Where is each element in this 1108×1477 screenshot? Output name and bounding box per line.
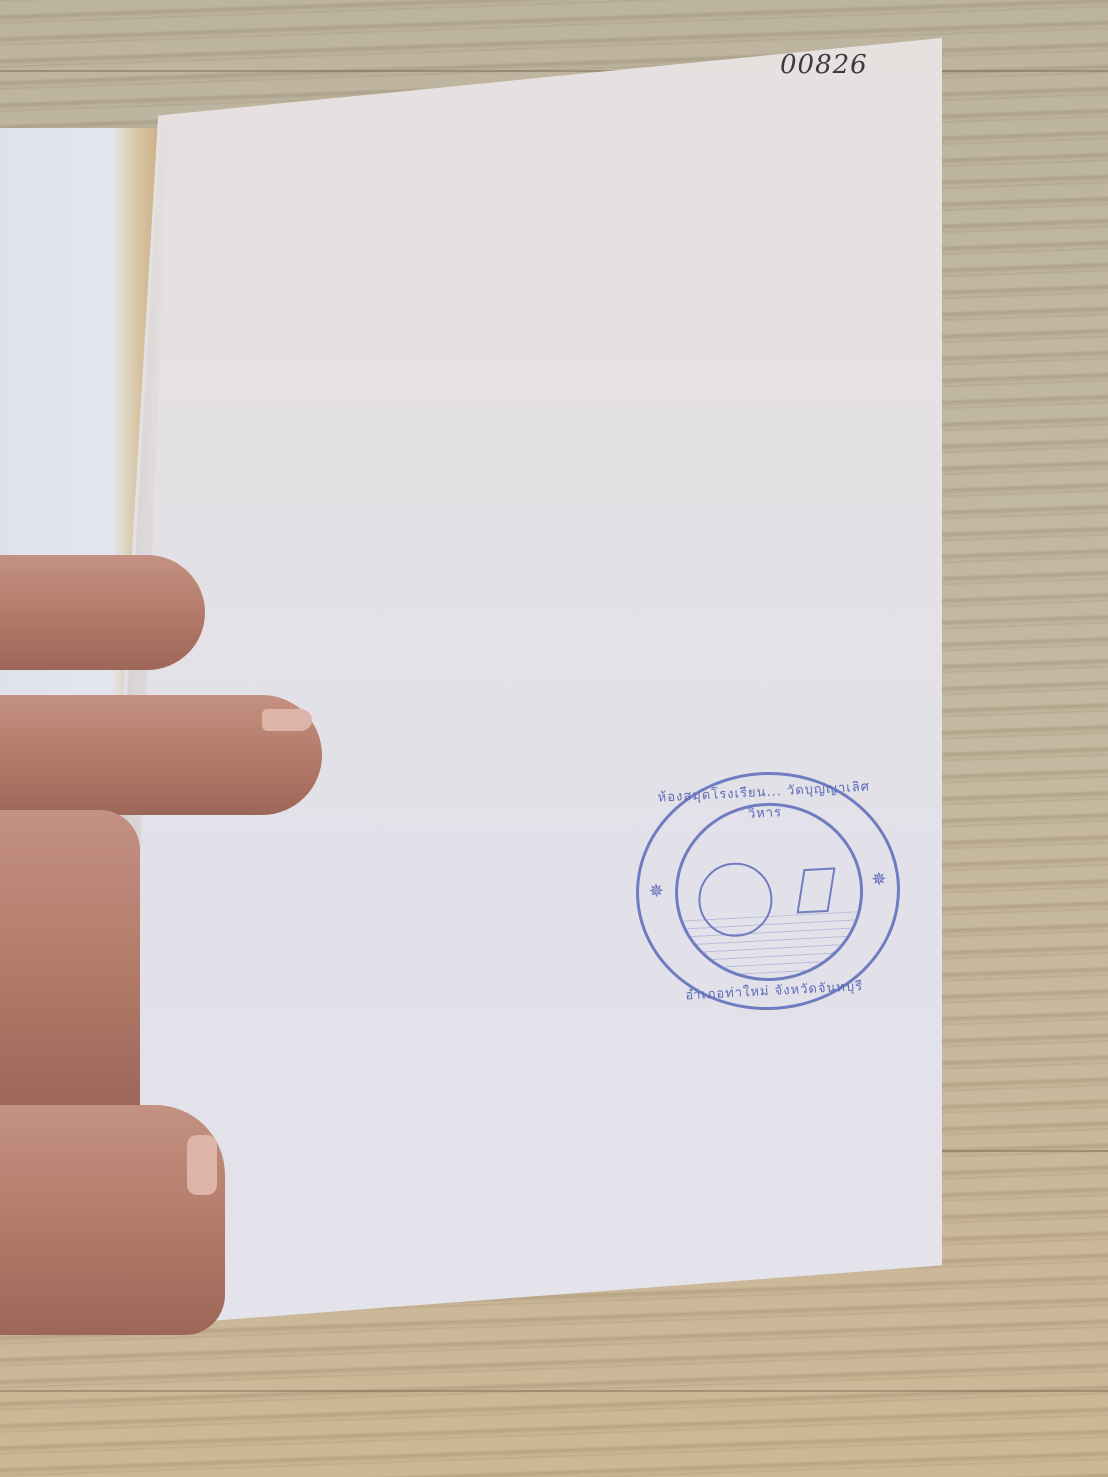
middle-finger — [0, 695, 322, 815]
sailboat-emblem-icon — [797, 867, 836, 913]
stamp-star-icon: ✵ — [648, 880, 664, 902]
handwritten-accession-number: 00826 — [780, 50, 868, 80]
fingernail — [262, 709, 312, 731]
right-page — [90, 38, 942, 1330]
thumb — [0, 1105, 225, 1335]
thumbnail — [187, 1135, 217, 1195]
water-emblem — [679, 911, 864, 986]
index-finger — [0, 555, 205, 670]
palm — [0, 810, 140, 1110]
stamp-star-icon: ✵ — [871, 869, 887, 891]
